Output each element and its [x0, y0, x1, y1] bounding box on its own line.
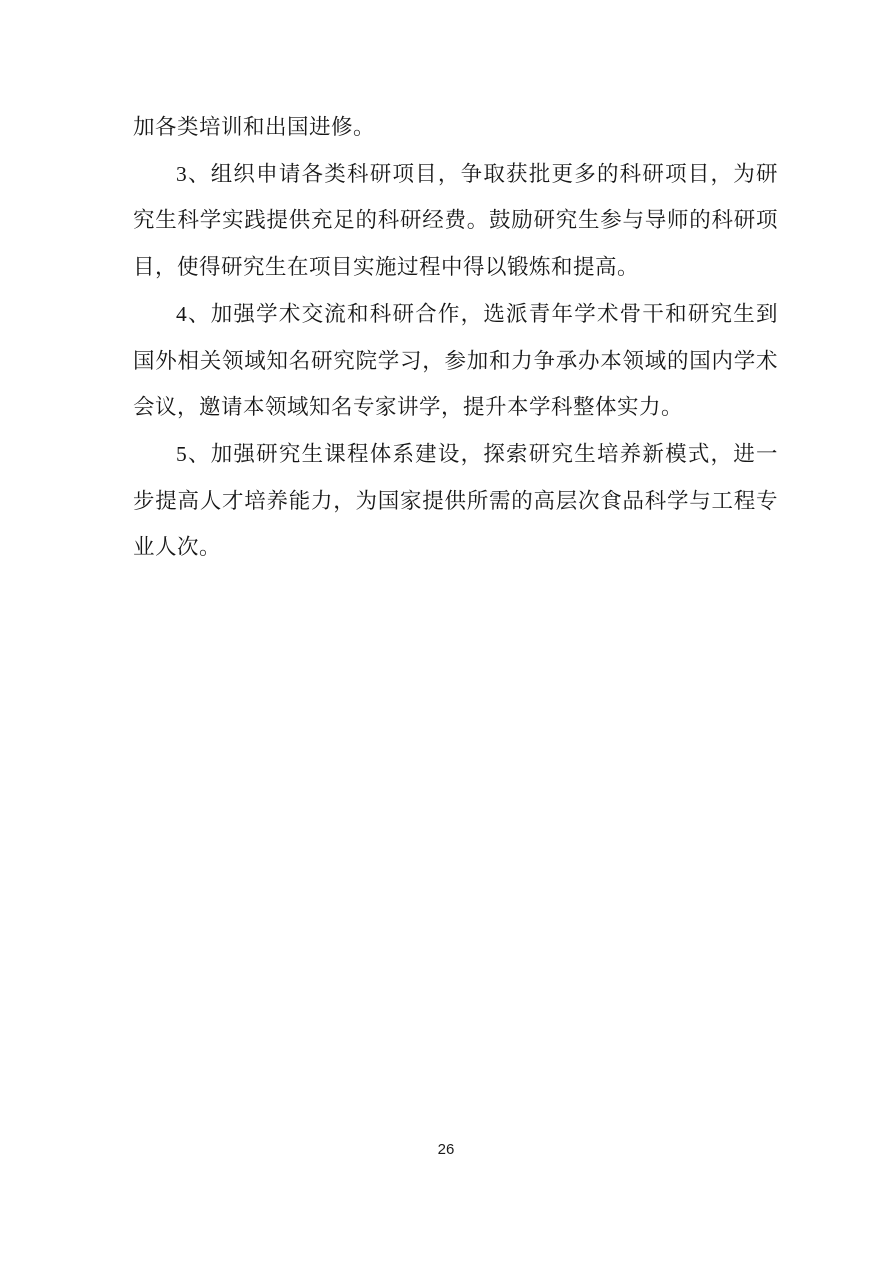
document-body: 加各类培训和出国进修。3、组织申请各类科研项目，争取获批更多的科研项目，为研究生… — [133, 104, 778, 571]
paragraph: 加各类培训和出国进修。 — [133, 104, 778, 151]
document-page: 加各类培训和出国进修。3、组织申请各类科研项目，争取获批更多的科研项目，为研究生… — [0, 0, 892, 1261]
page-footer: 26 — [0, 1141, 892, 1159]
page-number: 26 — [438, 1141, 455, 1158]
paragraph: 5、加强研究生课程体系建设，探索研究生培养新模式，进一步提高人才培养能力，为国家… — [133, 431, 778, 571]
paragraph: 3、组织申请各类科研项目，争取获批更多的科研项目，为研究生科学实践提供充足的科研… — [133, 151, 778, 291]
paragraph: 4、加强学术交流和科研合作，选派青年学术骨干和研究生到国外相关领域知名研究院学习… — [133, 291, 778, 431]
